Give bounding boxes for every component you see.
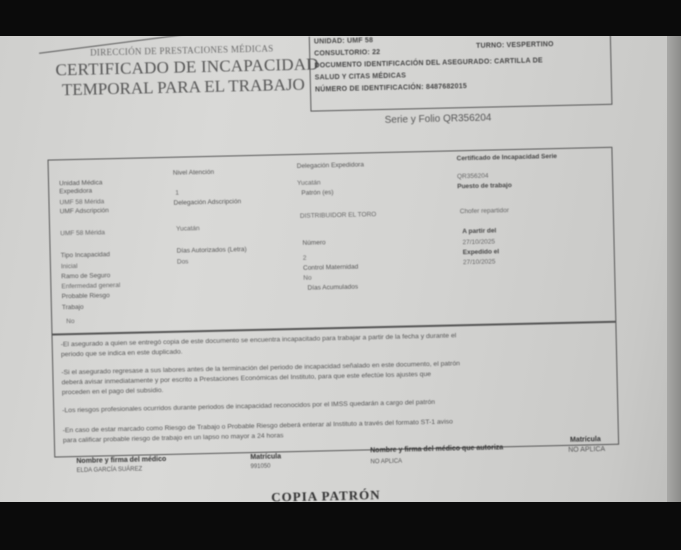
certificate-paper: DIRECCIÓN DE PRESTACIONES MÉDICAS CERTIF… [0,36,681,502]
ramo-seguro-value: Enfermedad general [61,282,120,290]
delegacion-expedidora-value: Yucatán [297,179,321,187]
note-1b: periodo que se indica en este duplicado. [61,348,183,360]
unidad-medica-label: Unidad Médica [59,179,103,187]
unidad-text: UNIDAD: UMF 58 [314,37,373,45]
numero-value: 2 [303,255,307,262]
documento-text: DOCUMENTO IDENTIFICACIÓN DEL ASEGURADO: … [314,57,542,69]
probable-riesgo-label-2: Trabajo [62,304,84,311]
nivel-atencion-value: 1 [175,190,179,197]
note-1a: -El asegurado a quien se entregó copia d… [61,331,457,349]
medico-label: Nombre y firma del médico [76,456,166,465]
document-title-line2: TEMPORAL PARA EL TRABAJO [62,75,305,101]
tipo-incapacidad-value: Inicial [61,263,78,270]
unit-info-box: UNIDAD: UMF 58 CONSULTORIO: 22 TURNO: VE… [309,36,613,112]
certificate-details-box: Unidad Médica Expedidora UMF 58 Mérida U… [48,147,620,458]
expedidora-label: Expedidora [59,188,92,196]
cert-serie-label: Certificado de Incapacidad Serie [457,153,558,162]
matricula2-value: NO APLICA [568,446,605,454]
salud-text: SALUD Y CITAS MÉDICAS [315,72,406,81]
cert-serie-value: QR356204 [457,173,489,181]
matricula-label: Matrícula [250,453,281,461]
a-partir-label: A partir del [462,227,496,235]
expedido-value: 27/10/2025 [463,258,496,266]
puesto-value: Chofer repartidor [460,207,509,215]
adscripcion-value: UMF 58 Mérida [60,229,105,237]
turno-text: TURNO: VESPERTINO [476,41,554,50]
unidad-medica-value: UMF 58 Mérida [59,198,104,206]
note-2c: proceden en el pago del subsidio. [62,386,164,397]
autoriza-value: NO APLICA [370,459,402,466]
nivel-atencion-label: Nivel Atención [173,169,214,177]
dias-acumulados-label: Días Acumulados [307,284,358,292]
a-partir-value: 27/10/2025 [462,238,495,246]
control-maternidad-label: Control Maternidad [303,264,358,272]
patron-value: DISTRIBUIDOR EL TORO [300,211,377,220]
dias-autorizados-label: Días Autorizados (Letra) [177,246,247,255]
tipo-incapacidad-label: Tipo Incapacidad [61,251,110,259]
numero-label: Número [302,239,325,247]
probable-riesgo-label: Probable Riesgo [62,292,110,300]
puesto-label: Puesto de trabajo [457,182,512,190]
numero-identificacion-text: NÚMERO DE IDENTIFICACIÓN: 8487682015 [315,83,467,93]
patron-label: Patrón (es) [301,189,333,197]
matricula-value: 991050 [250,464,270,470]
note-3: -Los riesgos profesionales ocurridos dur… [62,398,435,415]
dias-autorizados-value: Dos [177,258,189,265]
adscripcion-label: UMF Adscripción [60,207,109,215]
certificate-content: DIRECCIÓN DE PRESTACIONES MÉDICAS CERTIF… [0,36,681,502]
expedido-label: Expedido el [463,248,500,256]
consultorio-text: CONSULTORIO: 22 [314,49,380,57]
delegacion-adscripcion-label: Delegación Adscripción [173,198,241,207]
matricula2-label: Matrícula [570,436,601,444]
notes-separator [52,321,615,335]
medico-value: ELDA GARCÍA SUÁREZ [77,467,143,474]
delegacion-adscripcion-value: Yucatán [176,225,200,233]
probable-riesgo-value: No [66,318,74,325]
delegacion-expedidora-label: Delegación Expedidora [297,161,364,170]
paper-edge-shadow [667,36,681,502]
copia-patron-label: COPIA PATRÓN [271,487,381,502]
control-maternidad-value: No [303,275,311,282]
serie-folio: Serie y Folio QR356204 [385,113,492,126]
ramo-seguro-label: Ramo de Seguro [61,272,110,280]
